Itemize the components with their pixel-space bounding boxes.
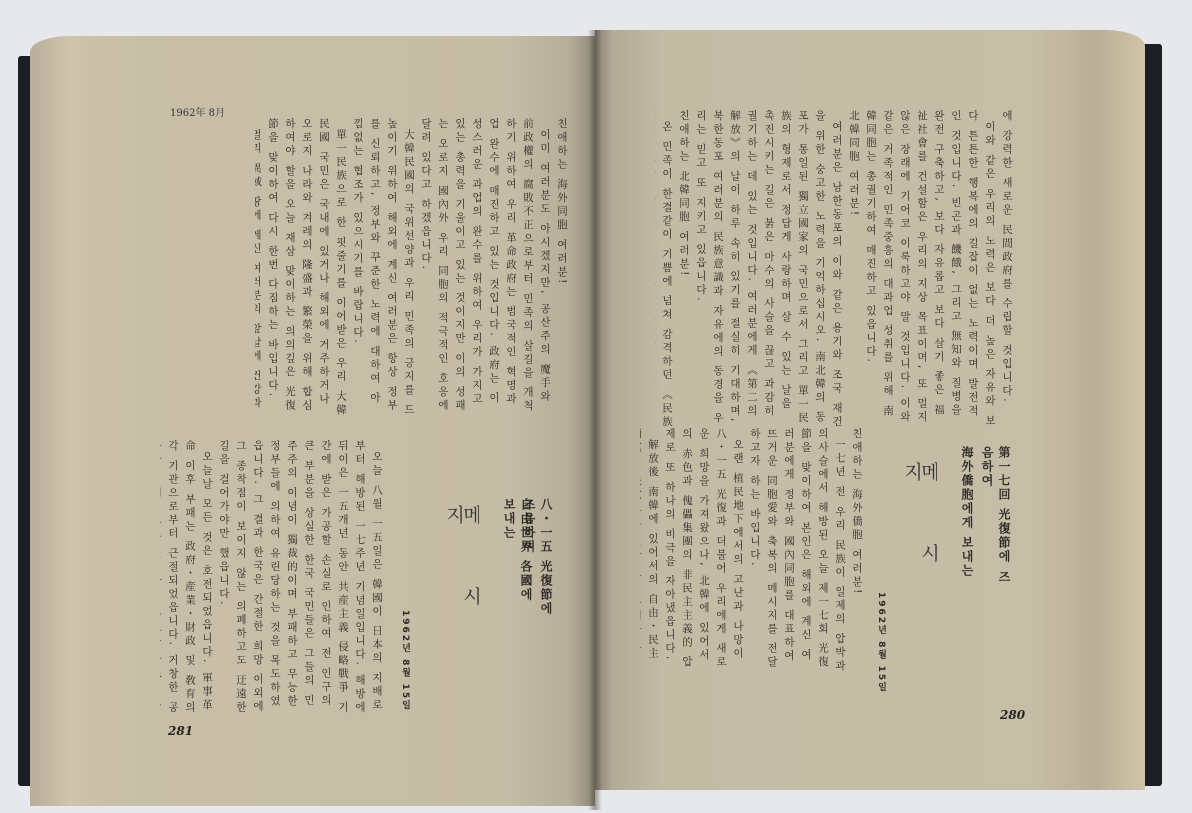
book-gutter bbox=[588, 30, 602, 810]
left-upper-para: 친애하는 海外同胞 여러분! bbox=[553, 118, 570, 418]
right-message-subtitle-2: 海外僑胞에게 보내는 bbox=[958, 446, 975, 586]
right-lower-para: 解放後 南韓에 있어서의 自由・民主 兩黨의 失政으로 인한 부정부패를 불식하… bbox=[640, 428, 661, 673]
right-upper-para: 여러분은 남한동포의 이와 같은 용기와 조국 재건을 위한 숭고한 노력을 기… bbox=[692, 110, 845, 430]
left-upper-para: 멀리 異域 땅에 계신 여러분의 앞날에 건강과 행운이 있기를 바랍니다. bbox=[255, 118, 264, 418]
left-message-date: 1962년 8월 15일 bbox=[396, 610, 413, 730]
right-lower-para: 一七년 전 우리 民族이 일제의 압박과 의사슬에서 해방된 오늘 제一七회 光… bbox=[746, 428, 848, 673]
running-header-date: 1962年 8月 bbox=[170, 104, 225, 119]
left-lower-article: 오늘 八월 一五일은 韓國이 日本의 지배로부터 해방된 一七주년 기념일입니다… bbox=[160, 440, 385, 715]
page-number-left: 281 bbox=[168, 724, 193, 738]
right-upper-para: 온 민족이 한결같이 기쁨에 넘쳐 감격하던 《民族解放의 날》 光復節에 즈음… bbox=[655, 110, 675, 430]
left-message-subtitle-2: 自由世界 各國에 보내는 bbox=[500, 498, 534, 618]
right-lower-para: 친애하는 海外僑胞 여러분! bbox=[848, 428, 865, 673]
left-upper-para: 單一民族으로 한 핏줄기를 이어받은 우리 大韓民國 국민은 국내에 있거나 해… bbox=[264, 118, 349, 418]
right-message-subtitle-1: 第一七回 光復節에 즈음하여 bbox=[978, 446, 1012, 586]
left-upper-para: 大韓民國의 국위선양과 우리 민족의 긍지를 드높이기 위하여 해외에 계신 여… bbox=[349, 118, 417, 418]
left-lower-para: 오늘 八월 一五일은 韓國이 日本의 지배로부터 해방된 一七주년 기념일입니다… bbox=[215, 440, 385, 715]
right-lower-para: 오랜 植民地下에서의 고난과 나망이 八・一五 光復과 더불어 우리에게 새로운… bbox=[661, 428, 746, 673]
right-message-date: 1962년 8월 15일 bbox=[872, 592, 889, 712]
left-upper-article: 친애하는 海外同胞 여러분! 이미 여러분도 아시겠지만, 공산주의 魔手와 前… bbox=[255, 118, 570, 418]
right-upper-para: 에 강력한 새로운 民間政府를 수립할 것입니다. bbox=[998, 110, 1015, 430]
page-number-right: 280 bbox=[1000, 708, 1025, 722]
right-message-title: 메 시 지 bbox=[903, 462, 937, 602]
right-upper-para: 친애하는 北韓同胞 여러분! bbox=[675, 110, 692, 430]
left-lower-para: 오늘날 모든 것은 호전되었읍니다. 軍事革命 이후 부패는 政府・産業・財政 … bbox=[160, 440, 215, 715]
right-upper-article: 에 강력한 새로운 民間政府를 수립할 것입니다. 이와 같은 우리의 노력은 … bbox=[655, 110, 1015, 430]
left-upper-para: 이미 여러분도 아시겠지만, 공산주의 魔手와 前政權의 腐敗不正으로부터 민족… bbox=[417, 118, 553, 418]
right-upper-para: 이와 같은 우리의 노력은 보다 더 높은 자유와 보다 튼튼한 행복에의 길잡… bbox=[862, 110, 998, 430]
left-message-title: 메 시 지 bbox=[445, 505, 479, 635]
right-lower-article: 친애하는 海外僑胞 여러분! 一七년 전 우리 民族이 일제의 압박과 의사슬에… bbox=[640, 428, 865, 673]
right-upper-para: 北韓同胞 여러분! bbox=[845, 110, 862, 430]
